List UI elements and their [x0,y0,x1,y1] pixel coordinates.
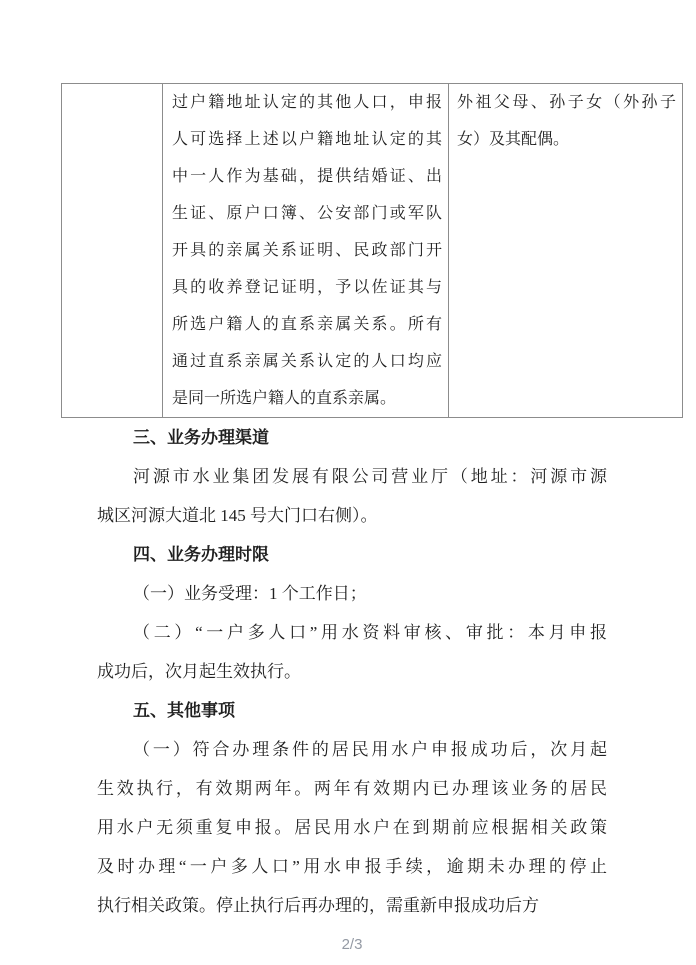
text-line: 是同一所选户籍人的直系亲属。 [172,380,442,417]
text-line: 生证、原户口簿、公安部门或军队 [172,195,442,232]
text-line: 所选户籍人的直系亲属关系。所有 [172,306,442,343]
section-heading: 五、其他事项 [97,691,607,730]
text-line: 执行相关政策。停止执行后再办理的，需重新申报成功后方 [97,886,607,925]
table-cell-empty [62,84,163,418]
text-line: 河源市水业集团发展有限公司营业厅（地址：河源市源 [97,457,607,496]
text-line: （一）符合办理条件的居民用水户申报成功后，次月起 [97,730,607,769]
document-body: 三、业务办理渠道河源市水业集团发展有限公司营业厅（地址：河源市源城区河源大道北 … [97,418,607,925]
text-line: 人可选择上述以户籍地址认定的其 [172,121,442,158]
text-line: 中一人作为基础，提供结婚证、出 [172,158,442,195]
text-line: 女）及其配偶。 [457,121,676,158]
table-cell-description-text: 过户籍地址认定的其他人口，申报人可选择上述以户籍地址认定的其中一人作为基础，提供… [172,84,442,417]
text-line: 生效执行，有效期两年。两年有效期内已办理该业务的居民 [97,769,607,808]
text-line: 开具的亲属关系证明、民政部门开 [172,232,442,269]
text-line: 成功后，次月起生效执行。 [97,652,607,691]
text-line: 通过直系亲属关系认定的人口均应 [172,343,442,380]
text-line: 及时办理“一户多人口”用水申报手续，逾期未办理的停止 [97,847,607,886]
text-line: 具的收养登记证明，予以佐证其与 [172,269,442,306]
text-line: 过户籍地址认定的其他人口，申报 [172,84,442,121]
eligibility-table: 过户籍地址认定的其他人口，申报人可选择上述以户籍地址认定的其中一人作为基础，提供… [61,83,683,418]
table-row: 过户籍地址认定的其他人口，申报人可选择上述以户籍地址认定的其中一人作为基础，提供… [62,84,683,418]
paragraph: 河源市水业集团发展有限公司营业厅（地址：河源市源城区河源大道北 145 号大门口… [97,457,607,535]
paragraph: （二）“一户多人口”用水资料审核、审批：本月申报成功后，次月起生效执行。 [97,613,607,691]
table-cell-relatives-text: 外祖父母、孙子女（外孙子女）及其配偶。 [457,84,676,158]
text-line: （二）“一户多人口”用水资料审核、审批：本月申报 [97,613,607,652]
text-line: 用水户无须重复申报。居民用水户在到期前应根据相关政策 [97,808,607,847]
table-cell-relatives: 外祖父母、孙子女（外孙子女）及其配偶。 [449,84,683,418]
document-page: 过户籍地址认定的其他人口，申报人可选择上述以户籍地址认定的其中一人作为基础，提供… [0,0,696,965]
text-line: 城区河源大道北 145 号大门口右侧）。 [97,496,607,535]
paragraph: （一）符合办理条件的居民用水户申报成功后，次月起生效执行，有效期两年。两年有效期… [97,730,607,925]
table-cell-description: 过户籍地址认定的其他人口，申报人可选择上述以户籍地址认定的其中一人作为基础，提供… [163,84,449,418]
section-heading: 四、业务办理时限 [97,535,607,574]
paragraph: （一）业务受理：1 个工作日； [97,574,607,613]
text-line: （一）业务受理：1 个工作日； [97,574,607,613]
section-heading: 三、业务办理渠道 [97,418,607,457]
text-line: 外祖父母、孙子女（外孙子 [457,84,676,121]
page-number: 2/3 [97,936,607,953]
